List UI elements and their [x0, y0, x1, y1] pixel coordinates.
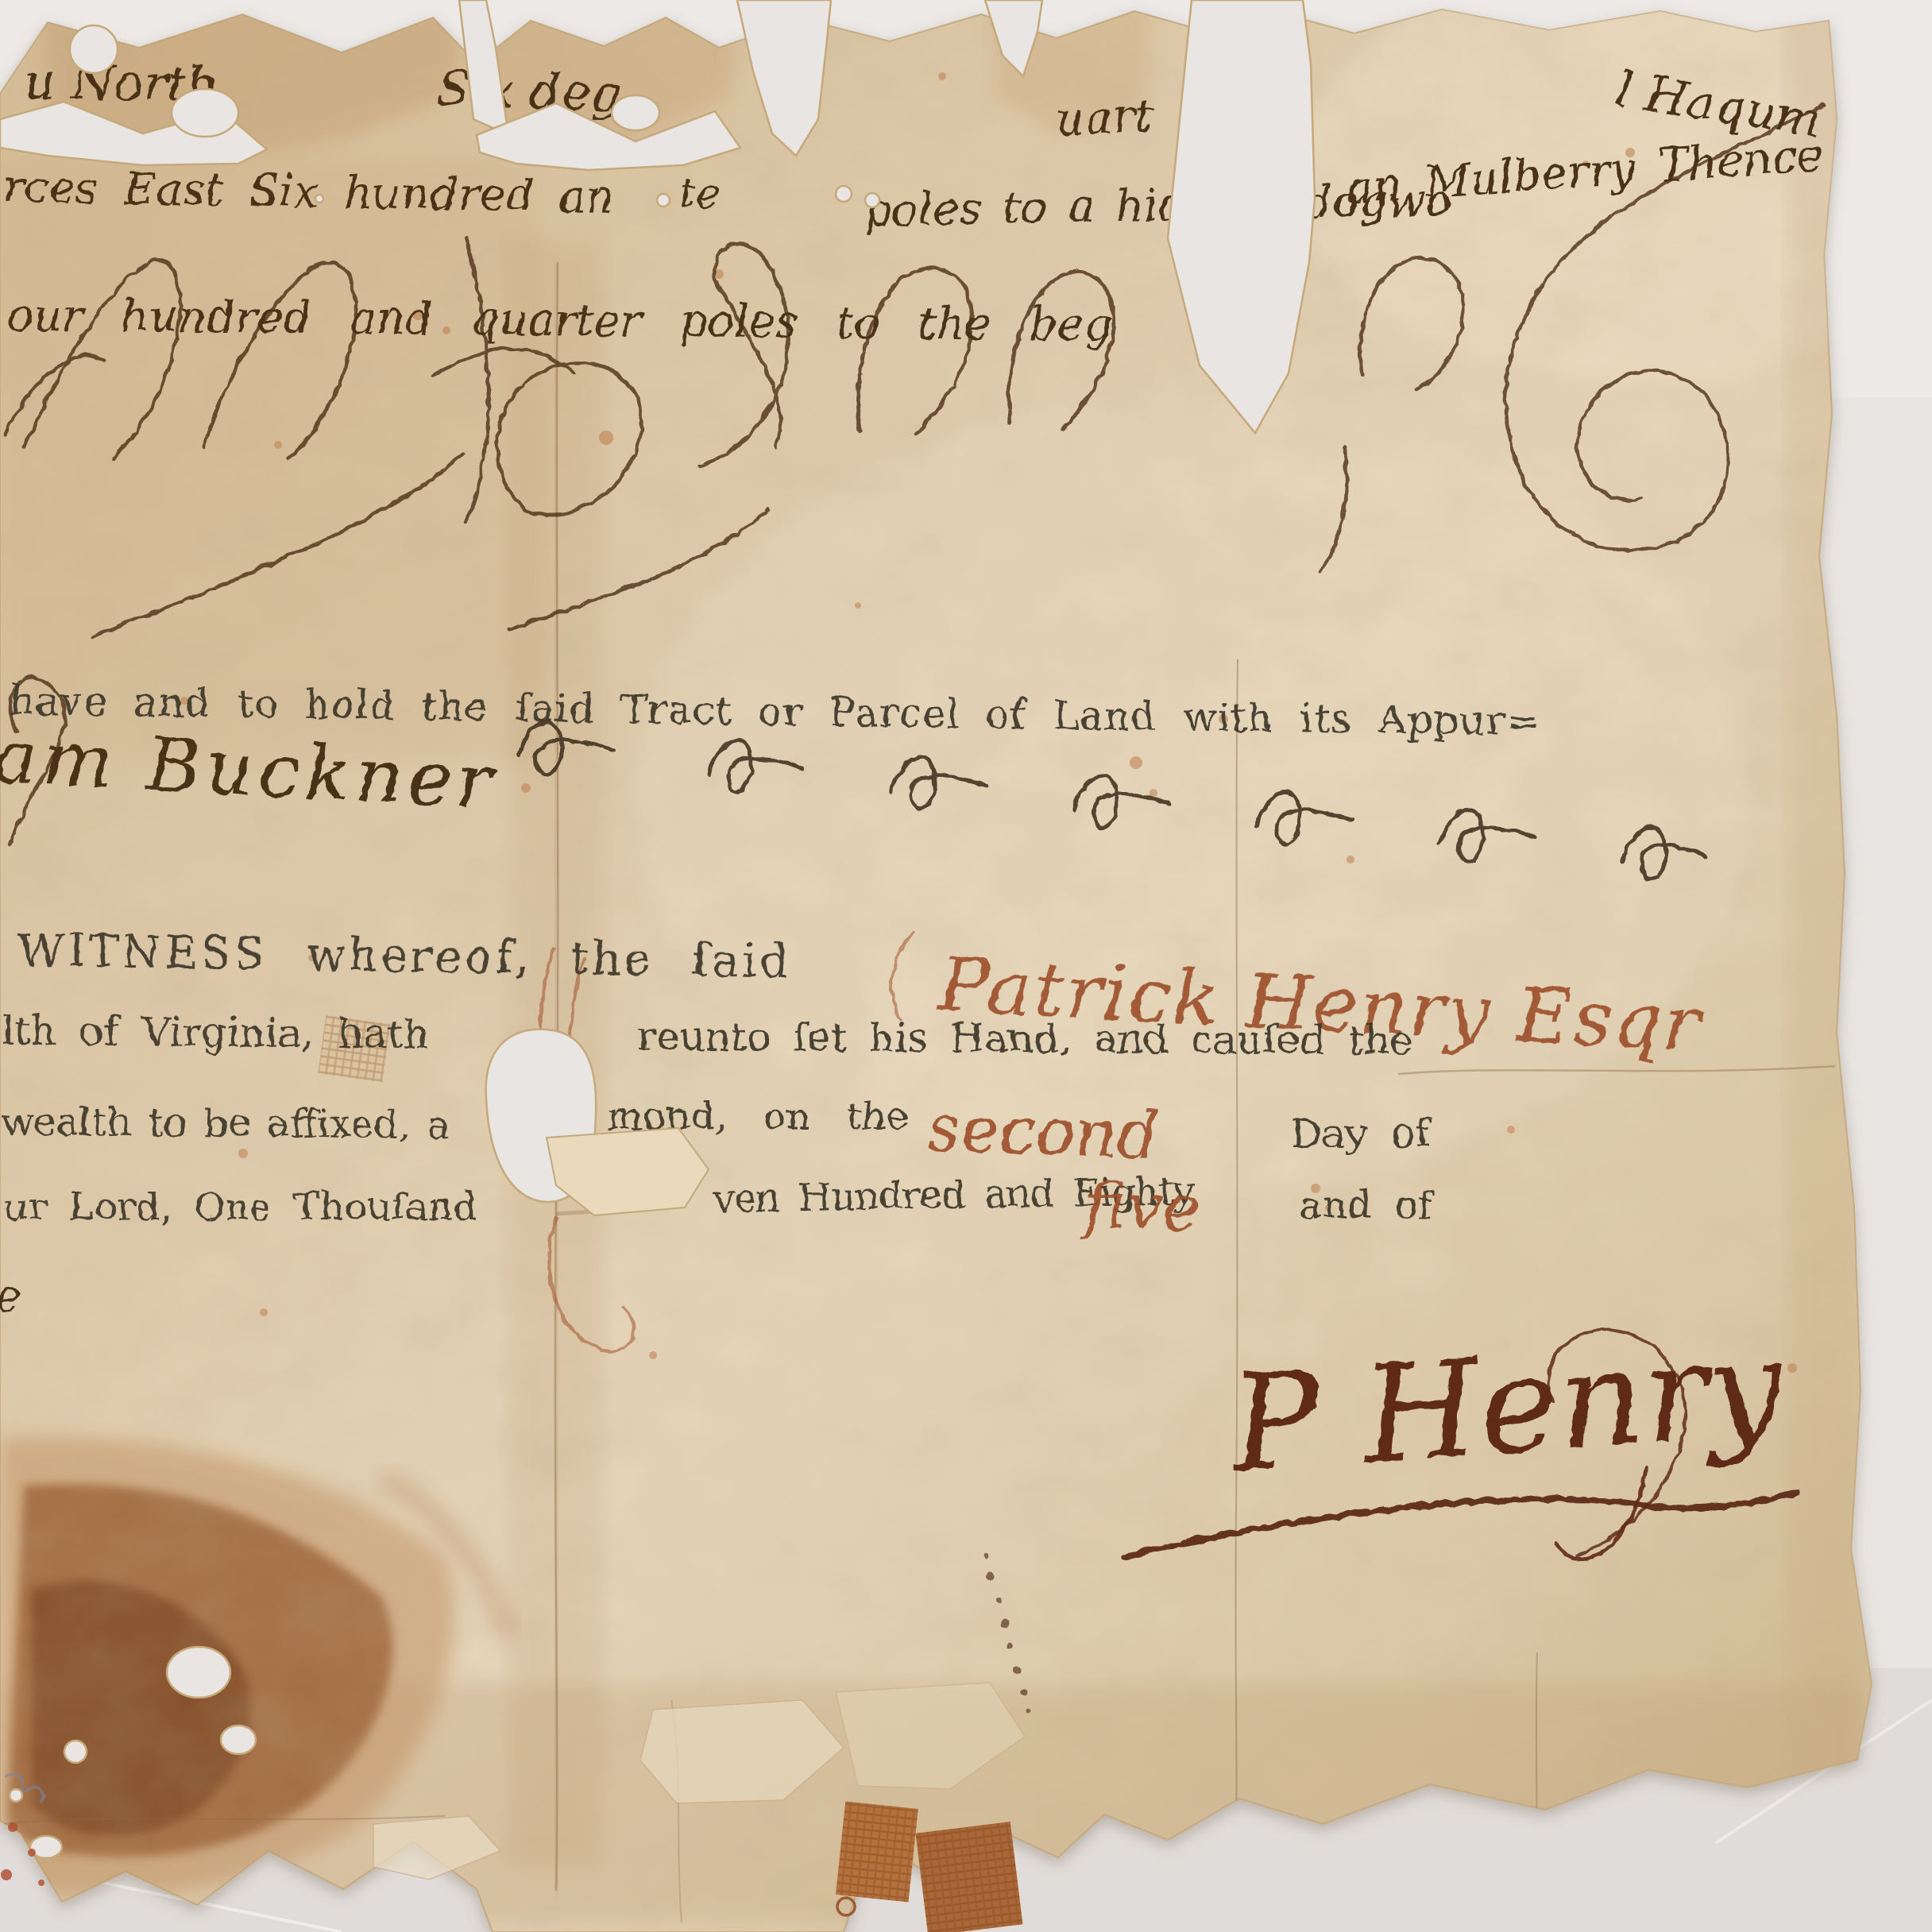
printed-and-of: and of — [1298, 1182, 1432, 1227]
printed-virginia-left: lth of Virginia, hath — [0, 1006, 427, 1057]
manuscript-top-fragment: uart — [1053, 87, 1153, 145]
manuscript-closing-line: our hundred and quarter poles to the beg — [5, 288, 1111, 350]
year-inscription: five — [1077, 1166, 1200, 1244]
manuscript-survey-bit: te — [676, 168, 720, 218]
printed-seal-left: wealth to be affixed, a — [0, 1098, 449, 1146]
hole-bottom-left-3 — [64, 1741, 87, 1763]
manuscript-survey-left: rces East Six hundred an — [2, 160, 614, 222]
hole-bottom-left — [167, 1647, 230, 1698]
day-inscription: second — [925, 1089, 1158, 1173]
printed-year-left: ur Lord, One Thouſand — [3, 1184, 476, 1228]
cloth-tab-2 — [916, 1822, 1023, 1932]
pinhole — [657, 194, 670, 207]
hole-top-mid — [612, 95, 659, 130]
hole-top-left — [70, 25, 118, 73]
hole-bottom-left-2 — [221, 1725, 256, 1754]
printed-day-of: Day of — [1289, 1109, 1432, 1155]
pinhole — [865, 193, 879, 207]
manuscript-stray-letter: e — [0, 1269, 20, 1320]
pinhole — [10, 1789, 22, 1802]
hole-top-left-2 — [172, 89, 238, 137]
photograph-of-document: u North Six deg uart l Haqum rces East S… — [0, 0, 1932, 1932]
cloth-tab-1 — [836, 1802, 918, 1903]
pinhole — [315, 195, 323, 203]
manuscript-top-left-2: Six deg — [435, 57, 621, 122]
printed-witness-line: WITNESS whereof, the ſaid — [16, 923, 791, 987]
printed-virginia-right: reunto ſet his Hand, and cauſed the — [636, 1012, 1412, 1062]
pinhole — [836, 186, 852, 202]
